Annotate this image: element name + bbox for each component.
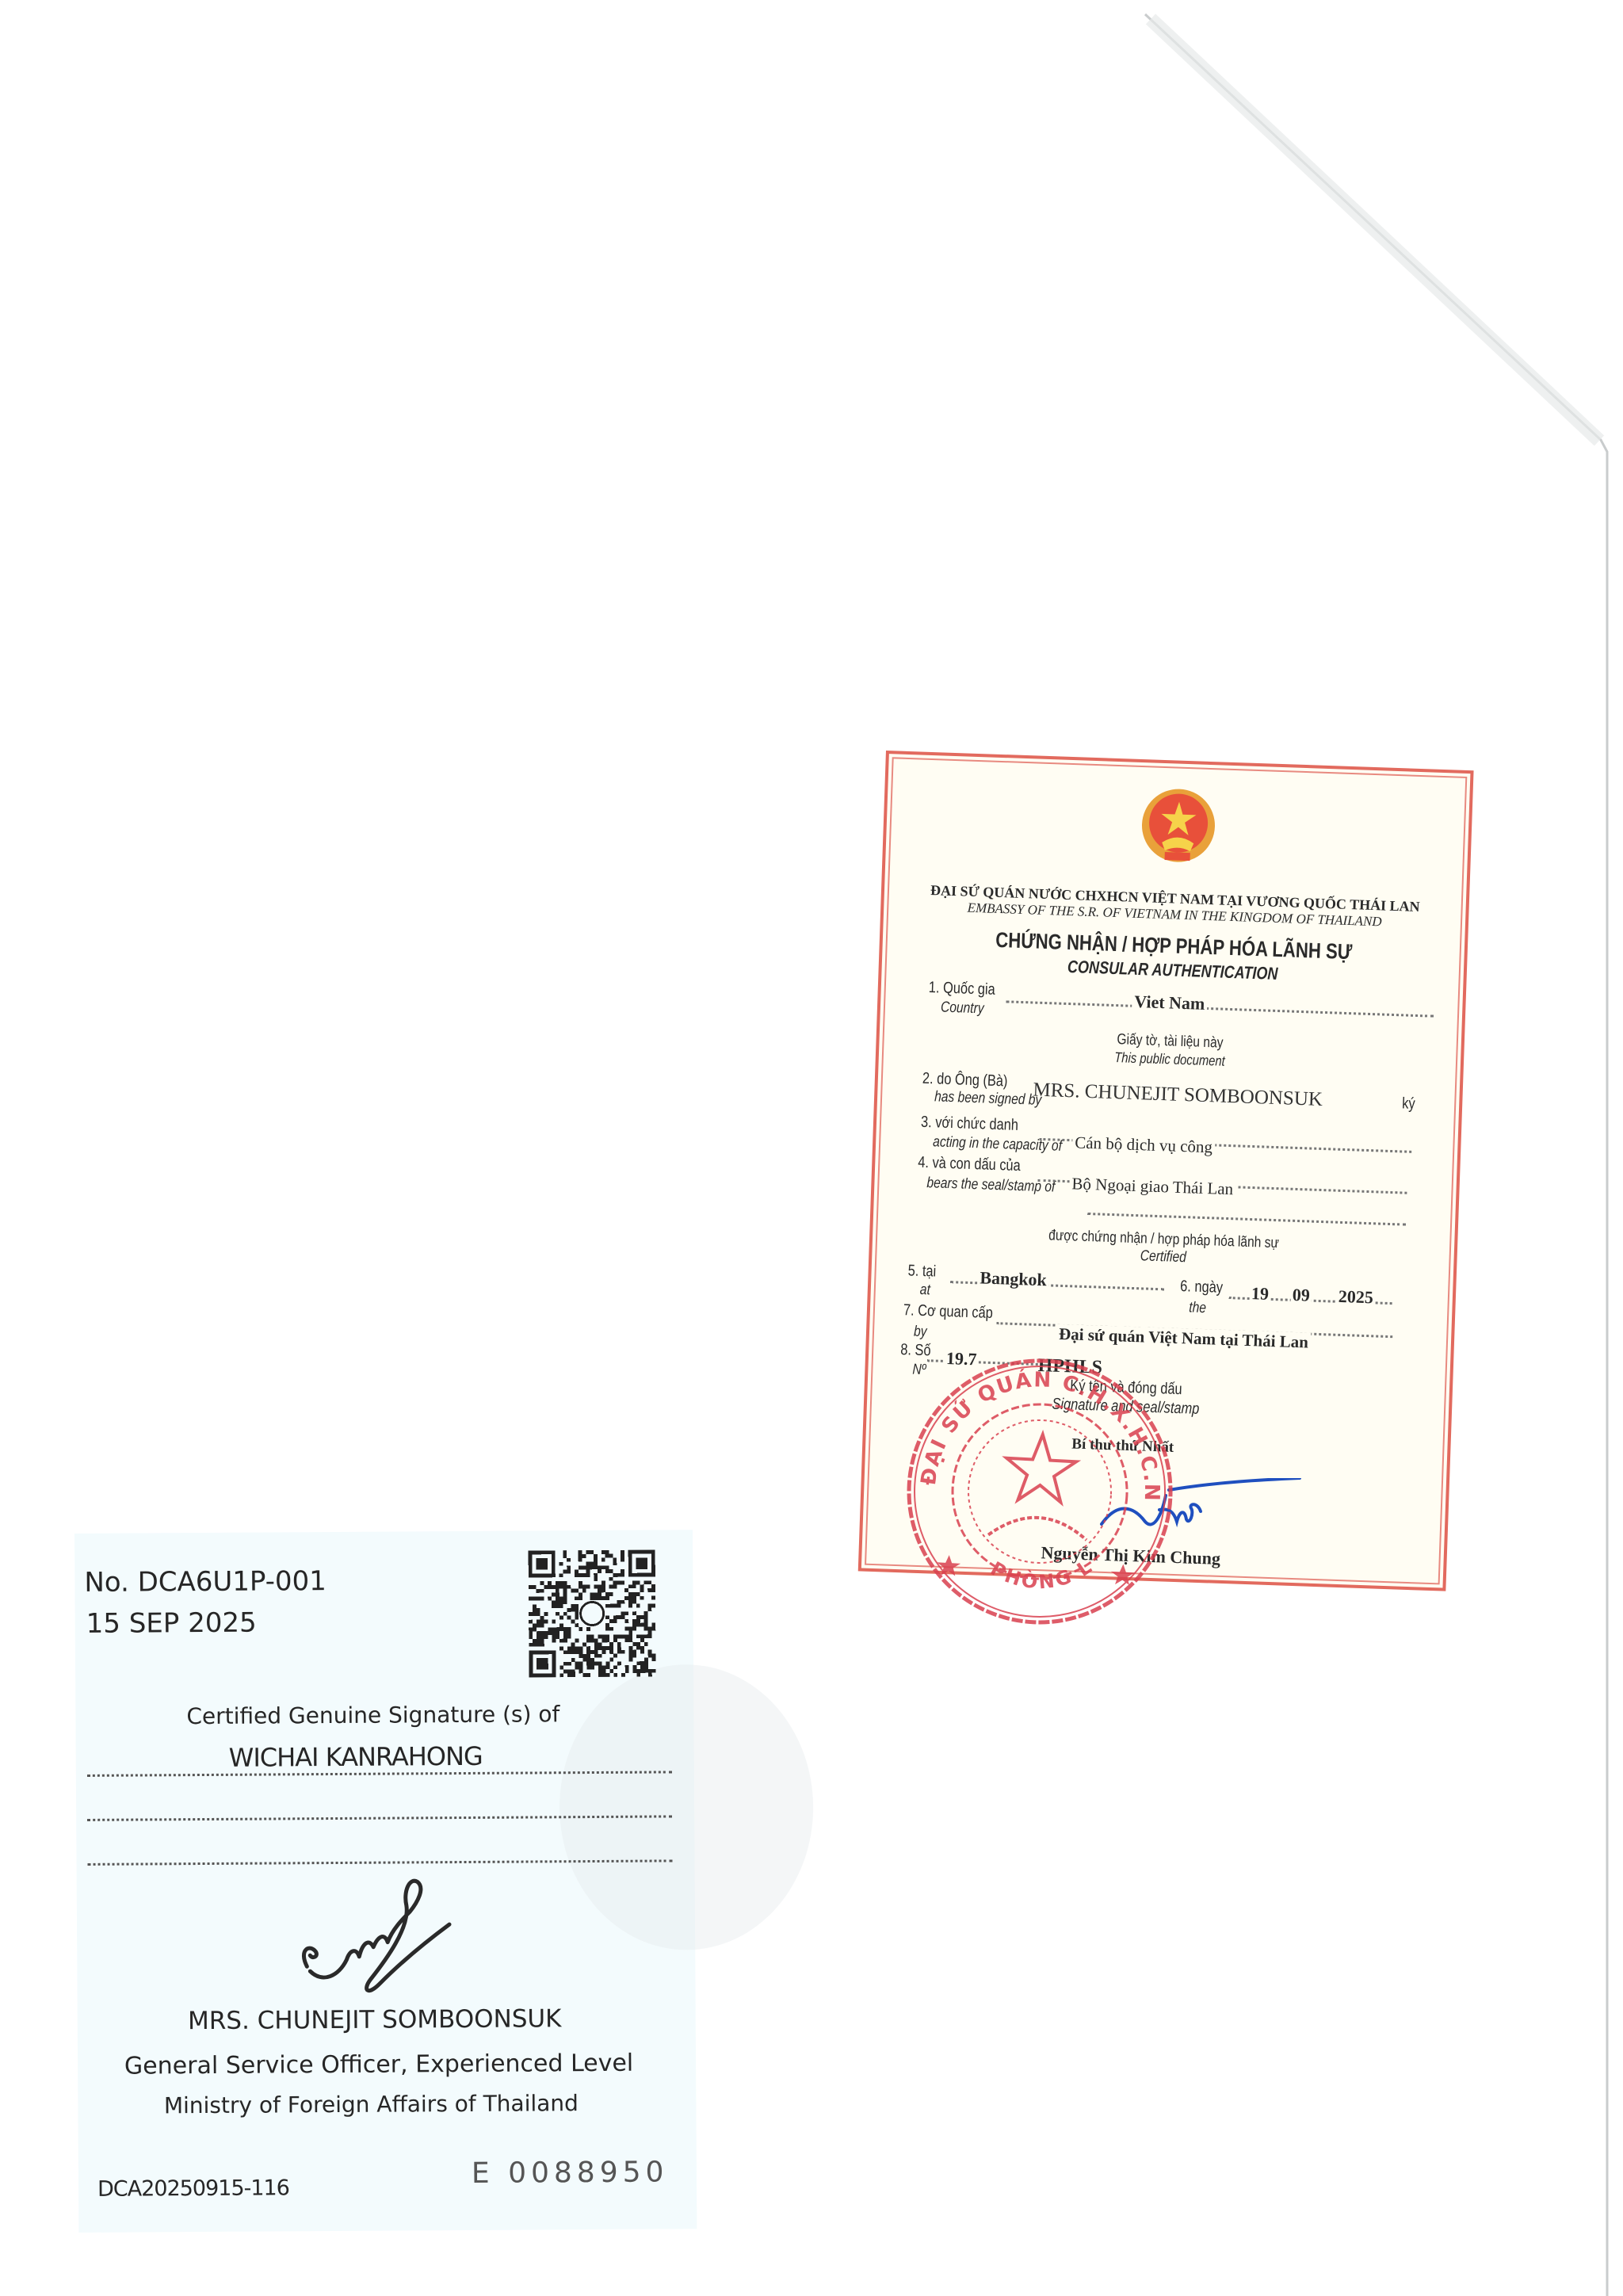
- serial-number: E 0088950: [472, 2156, 669, 2190]
- mfa-authentication-sticker: No. DCA6U1P-001 15 SEP 2025 Certified Ge…: [74, 1530, 697, 2233]
- capacity-label-en: acting in the capacity of: [933, 1133, 1062, 1156]
- signer-organization: Ministry of Foreign Affairs of Thailand: [78, 2089, 664, 2119]
- certified-signature-label: Certified Genuine Signature (s) of: [186, 1701, 559, 1729]
- signer-title: General Service Officer, Experienced Lev…: [78, 2049, 680, 2080]
- issuer-label-en: by: [914, 1324, 927, 1342]
- signed-suffix: ký: [1402, 1095, 1415, 1114]
- seal-of-value: Bộ Ngoại giao Thái Lan: [1069, 1174, 1235, 1199]
- country-label-en: Country: [941, 999, 984, 1018]
- faint-seal-watermark: [559, 1664, 814, 1950]
- date-label: 6. ngày: [1180, 1278, 1224, 1297]
- consular-seal-stamp-icon: ĐẠI SỨ QUÁN C.H.X.H.C.N VIỆT NAM TẠI THÁ…: [896, 1348, 1184, 1636]
- sticker-number: No. DCA6U1P-001: [84, 1565, 327, 1599]
- place-value: Bangkok: [977, 1267, 1049, 1290]
- vietnam-emblem-icon: [1137, 785, 1220, 870]
- capacity-value: Cán bộ dịch vụ công: [1072, 1133, 1216, 1157]
- date-day: 19: [1250, 1283, 1271, 1305]
- seal-of-label: 4. và con dấu của: [918, 1154, 1021, 1175]
- sticker-date: 15 SEP 2025: [86, 1607, 257, 1640]
- qr-code-icon[interactable]: [526, 1550, 658, 1678]
- date-year: 2025: [1336, 1286, 1375, 1308]
- svg-text:ĐẠI SỨ QUÁN C.H.X.H.C.N VIỆT N: ĐẠI SỨ QUÁN C.H.X.H.C.N VIỆT NAM TẠI THÁ…: [896, 1348, 1171, 1503]
- country-value: Viet Nam: [1132, 991, 1208, 1014]
- date-label-en: the: [1189, 1299, 1206, 1317]
- capacity-label: 3. với chức danh: [921, 1114, 1019, 1135]
- issuer-label: 7. Cơ quan cấp: [903, 1301, 994, 1323]
- signed-by-label-en: has been signed by: [934, 1088, 1042, 1110]
- country-label: 1. Quốc gia: [928, 979, 995, 999]
- signer-name: MRS. CHUNEJIT SOMBOONSUK: [117, 2004, 632, 2036]
- signature-icon: [291, 1864, 466, 2000]
- place-label: 5. tại: [907, 1262, 936, 1281]
- seal-of-label-en: bears the seal/stamp of: [926, 1175, 1056, 1196]
- issuer-value: Đại sứ quán Việt Nam tại Thái Lan: [1056, 1324, 1312, 1353]
- signer-name: MRS. CHUNEJIT SOMBOONSUK: [1033, 1079, 1323, 1111]
- date-month: 09: [1290, 1285, 1312, 1306]
- reference-number: DCA20250915-116: [97, 2176, 289, 2201]
- place-label-en: at: [919, 1282, 930, 1299]
- certified-person-name: WICHAI KANRAHONG: [229, 1741, 483, 1773]
